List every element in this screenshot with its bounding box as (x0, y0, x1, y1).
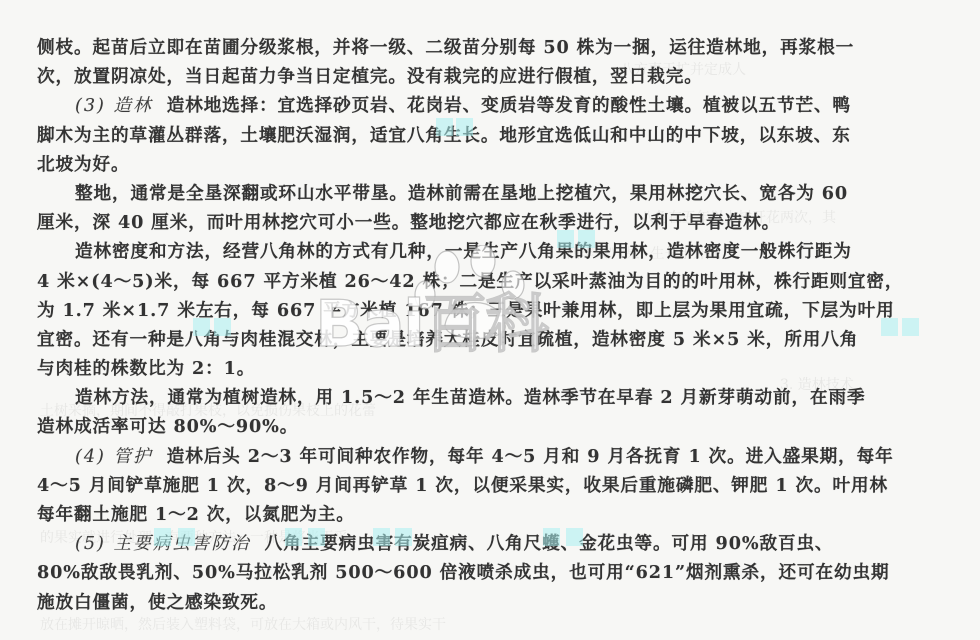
text-line: 脚木为主的草灌丛群落，土壤肥沃湿润，适宜八角生长。地形宜选低山和中山的中下坡，以… (37, 121, 937, 150)
document-body: 侧枝。起苗后立即在苗圃分级浆根，并将一级、二级苗分别每 50 株为一捆，运往造林… (37, 33, 937, 617)
section-text: 八角主要病虫害有炭疽病、八角尺蠖、金花虫等。可用 90%敌百虫、 (265, 533, 834, 554)
text-line: 次，放置阴凉处，当日起苗力争当日定植完。没有栽完的应进行假植，翌日栽完。 (37, 62, 937, 91)
text-line: 造林方法，通常为植树造林，用 1.5～2 年生苗造林。造林季节在早春 2 月新芽… (37, 383, 937, 412)
text-line: 造林密度和方法，经营八角林的方式有几种，一是生产八角果的果用林，造林密度一般株行… (37, 237, 937, 266)
text-line: 北坡为好。 (37, 150, 937, 179)
section-heading: (3) 造林 (75, 96, 153, 116)
text-line: 整地，通常是全垦深翻或环山水平带垦。造林前需在垦地上挖植穴，果用林挖穴长、宽各为… (37, 179, 937, 208)
scanned-page: 八方事于扩并定成人 八角在五年以上树开花两次，其 "四季果" "果" 生长于外地… (0, 0, 980, 640)
text-line: 施放白僵菌，使之感染致死。 (37, 588, 937, 617)
text-line: 为 1.7 米×1.7 米左右，每 667 平方米植 167 株；三是果叶兼用林… (37, 296, 937, 325)
text-line: 80%敌敌畏乳剂、50%马拉松乳剂 500～600 倍液喷杀成虫，也可用“621… (37, 558, 937, 587)
text-line: 宜密。还有一种是八角与肉桂混交林，主要是培养大桂皮时宜疏植，造林密度 5 米×5… (37, 325, 937, 354)
text-line: (5) 主要病虫害防治八角主要病虫害有炭疽病、八角尺蠖、金花虫等。可用 90%敌… (37, 529, 937, 558)
text-line: 与肉桂的株数比为 2：1。 (37, 354, 937, 383)
section-text: 造林地选择：宜选择砂页岩、花岗岩、变质岩等发育的酸性土壤。植被以五节芒、鸭 (167, 95, 851, 116)
text-line: 4～5 月间铲草施肥 1 次，8～9 月间再铲草 1 次，以便采果实，收果后重施… (37, 471, 937, 500)
text-line: 厘米，深 40 厘米，而叶用林挖穴可小一些。整地挖穴都应在秋季进行，以利于早春造… (37, 208, 937, 237)
text-line: 造林成活率可达 80%～90%。 (37, 412, 937, 441)
text-line: 侧枝。起苗后立即在苗圃分级浆根，并将一级、二级苗分别每 50 株为一捆，运往造林… (37, 33, 937, 62)
text-line: (3) 造林造林地选择：宜选择砂页岩、花岗岩、变质岩等发育的酸性土壤。植被以五节… (37, 91, 937, 120)
section-heading: (4) 管护 (75, 447, 153, 467)
section-heading: (5) 主要病虫害防治 (75, 534, 251, 554)
text-line: (4) 管护造林后头 2～3 年可间种农作物，每年 4～5 月和 9 月各抚育 … (37, 442, 937, 471)
text-line: 每年翻土施肥 1～2 次，以氮肥为主。 (37, 500, 937, 529)
text-line: 4 米×(4～5)米，每 667 平方米植 26～42 株；二是生产以采叶蒸油为… (37, 267, 937, 296)
section-text: 造林后头 2～3 年可间种农作物，每年 4～5 月和 9 月各抚育 1 次。进入… (167, 446, 894, 467)
